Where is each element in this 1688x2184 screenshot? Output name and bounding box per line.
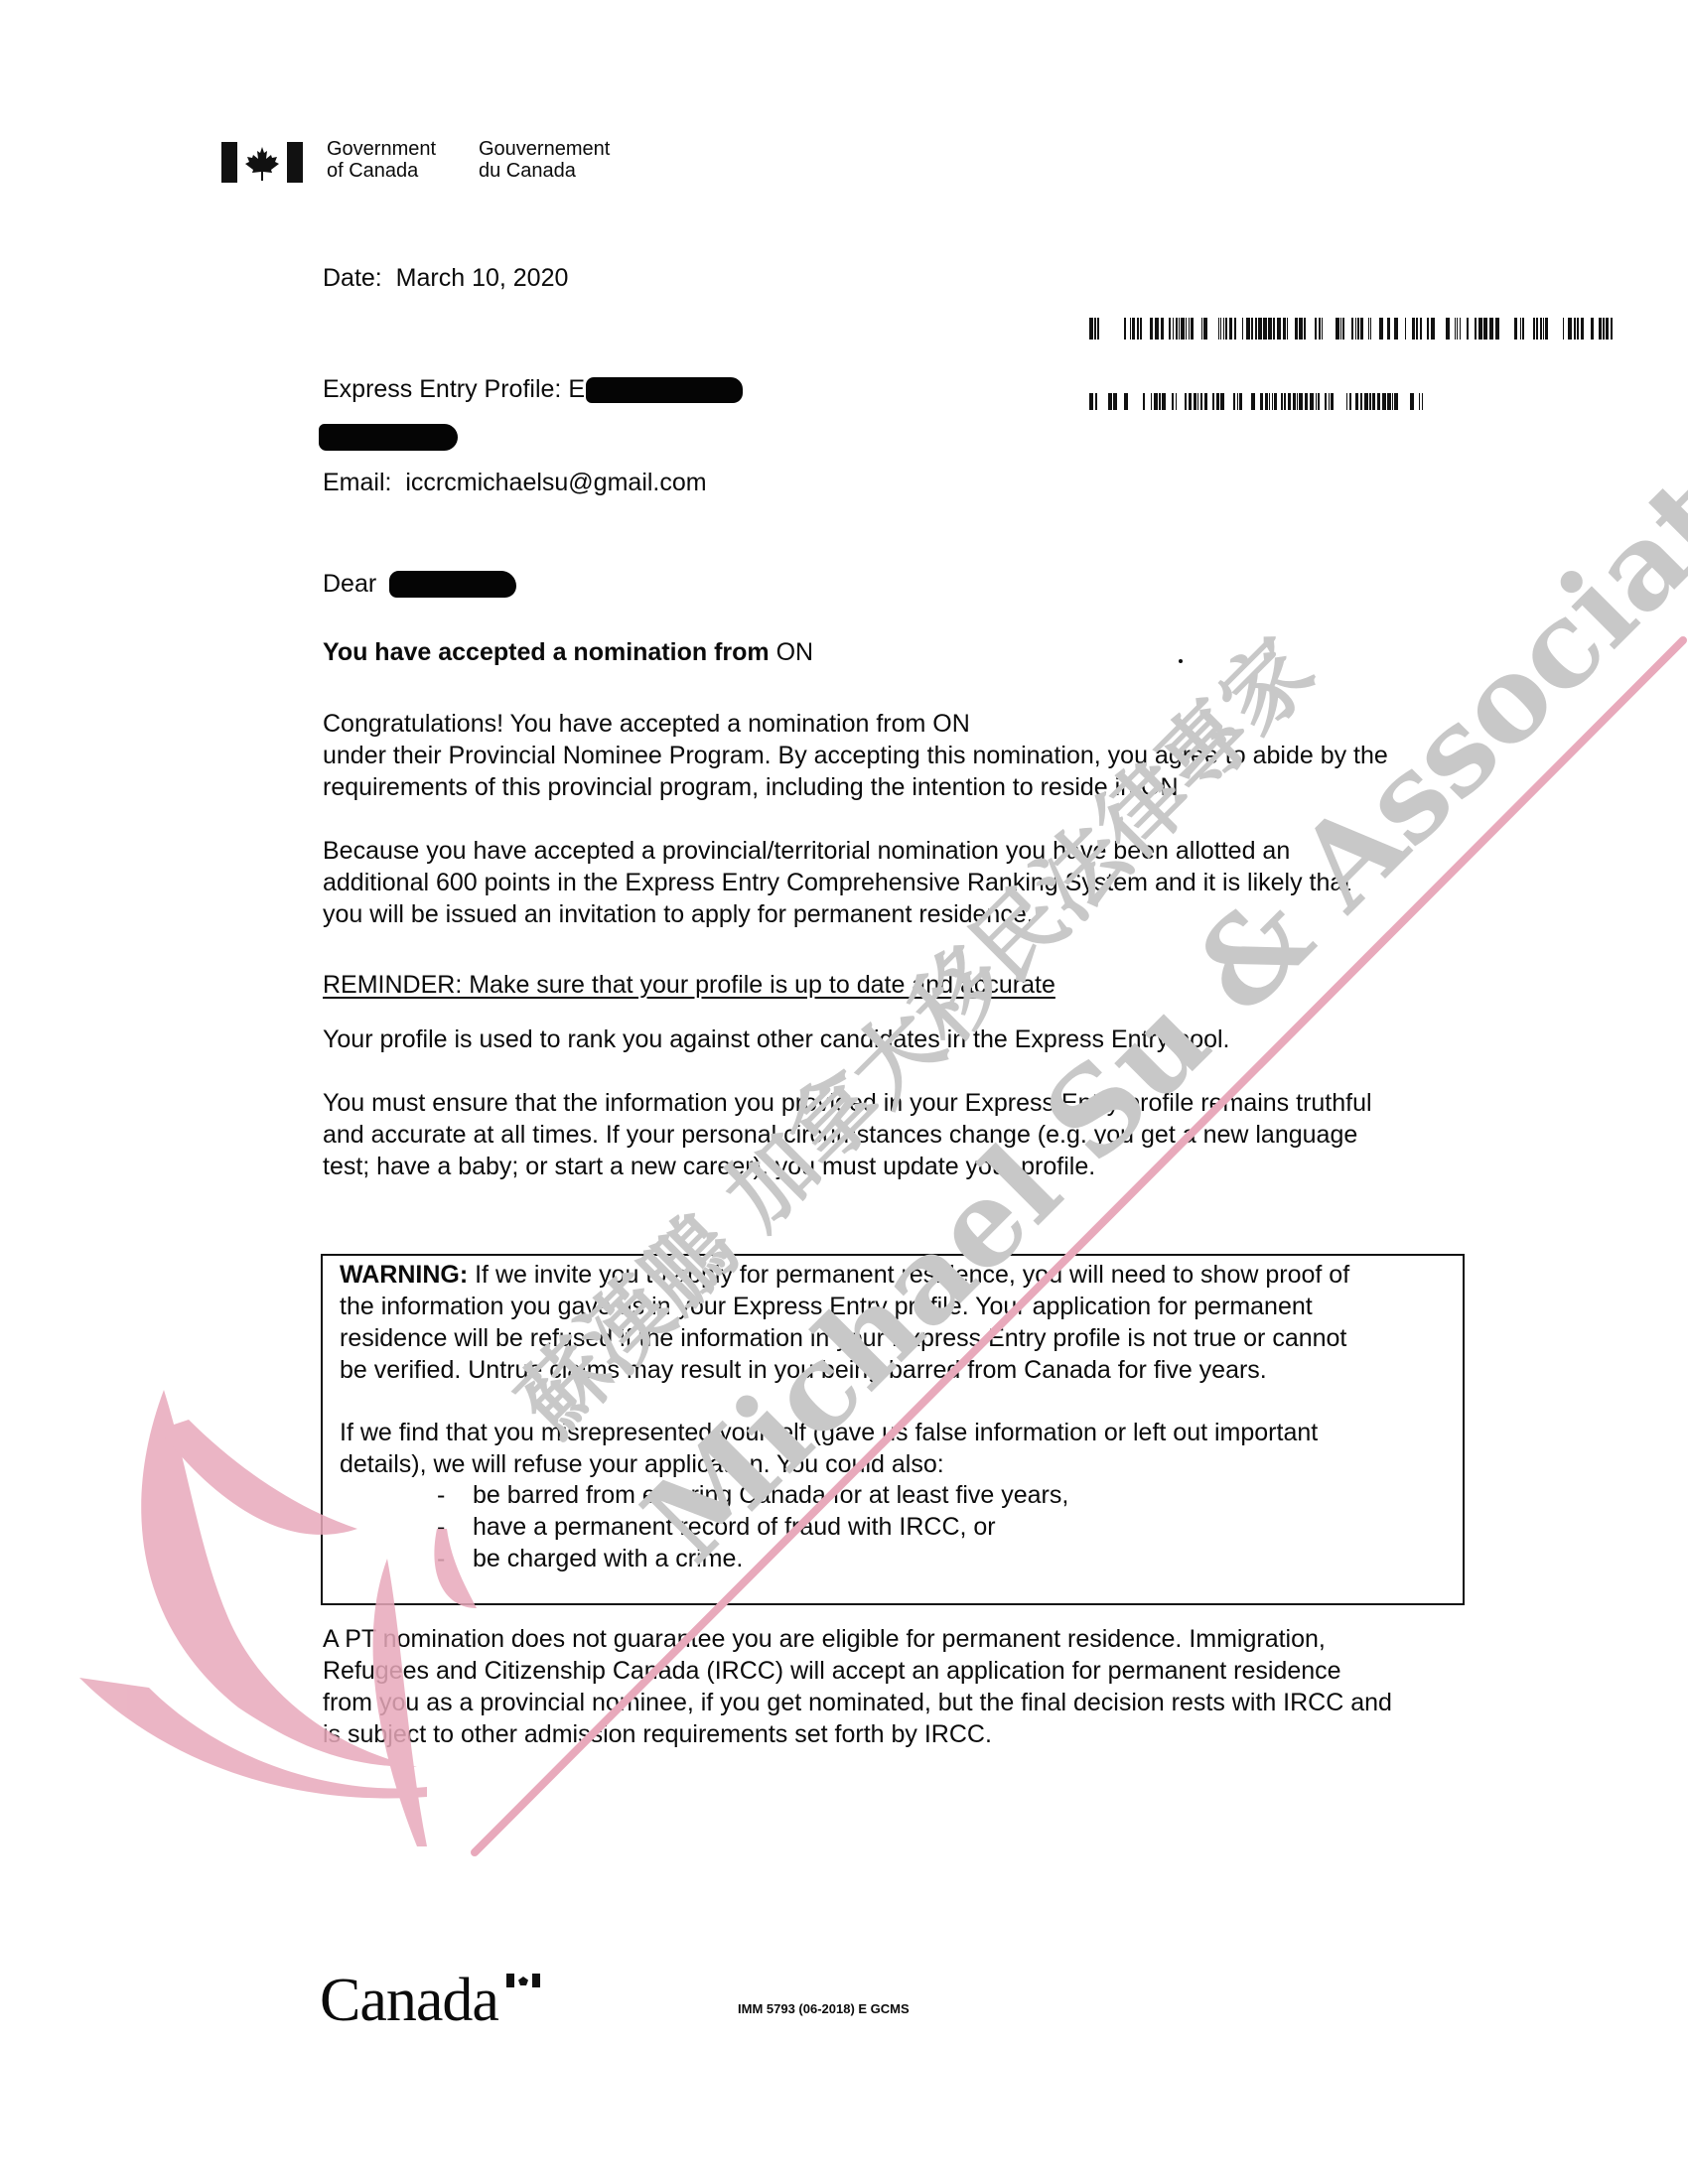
government-fr: Gouvernement du Canada [479, 138, 610, 182]
profile-line: Express Entry Profile: E [323, 373, 585, 405]
government-fr-line1: Gouvernement [479, 138, 610, 160]
warning-text: WARNING: If we invite you to apply for p… [340, 1259, 1349, 1386]
profile-label: Express Entry Profile: [323, 375, 561, 403]
warning-line: be verified. Untrue claims may result in… [340, 1354, 1349, 1386]
barcode-icon [1089, 318, 1617, 340]
date-line: Date: March 10, 2020 [323, 262, 568, 294]
bullet-dash: - [437, 1479, 473, 1511]
bullet-text: have a permanent record of fraud with IR… [473, 1513, 996, 1541]
paragraph-profile-rank: Your profile is used to rank you against… [323, 1024, 1230, 1055]
reminder-heading: REMINDER: Make sure that your profile is… [323, 969, 1055, 1001]
paragraph-congratulations: Congratulations! You have accepted a nom… [323, 708, 1388, 803]
government-en: Government of Canada [327, 138, 436, 182]
barcode-icon [1089, 393, 1423, 410]
paragraph-points: Because you have accepted a provincial/t… [323, 835, 1350, 930]
misrep-line: If we find that you misrepresented yours… [340, 1417, 1318, 1448]
para3-line: and accurate at all times. If your perso… [323, 1119, 1372, 1151]
para2-line: Because you have accepted a provincial/t… [323, 835, 1350, 867]
closing-line: Refugees and Citizenship Canada (IRCC) w… [323, 1655, 1392, 1687]
para1-line: under their Provincial Nominee Program. … [323, 740, 1388, 771]
closing-line: A PT nomination does not guarantee you a… [323, 1623, 1392, 1655]
bullet-dash: - [437, 1543, 473, 1574]
paragraph-closing: A PT nomination does not guarantee you a… [323, 1623, 1392, 1750]
misrep-line: details), we will refuse your applicatio… [340, 1448, 1318, 1480]
warning-line: the information you gave us in your Expr… [340, 1291, 1349, 1322]
bullet-text: be charged with a crime. [473, 1545, 743, 1572]
profile-number: E [568, 375, 585, 403]
para2-line: you will be issued an invitation to appl… [323, 898, 1350, 930]
list-item: -be charged with a crime. [437, 1543, 1068, 1574]
warning-line: If we invite you to apply for permanent … [468, 1261, 1349, 1289]
warning-line: residence will be refused if the informa… [340, 1322, 1349, 1354]
paragraph-accuracy: You must ensure that the information you… [323, 1087, 1372, 1182]
wordmark-text: Canada [320, 1967, 498, 2034]
para3-line: You must ensure that the information you… [323, 1087, 1372, 1119]
government-fr-line2: du Canada [479, 160, 610, 182]
heading-text: You have accepted a nomination from [323, 638, 770, 666]
para1-line: requirements of this provincial program,… [323, 771, 1388, 803]
salutation-label: Dear [323, 570, 376, 598]
maple-leaf-icon [243, 146, 281, 182]
email-label: Email: [323, 469, 391, 496]
date-label: Date: [323, 264, 382, 292]
bullet-text: be barred from entering Canada for at le… [473, 1481, 1068, 1509]
form-code: IMM 5793 (06-2018) E GCMS [738, 2001, 910, 2016]
redaction-profile-number [586, 377, 743, 403]
date-value: March 10, 2020 [396, 264, 569, 292]
closing-line: is subject to other admission requiremen… [323, 1718, 1392, 1750]
government-en-line2: of Canada [327, 160, 436, 182]
government-en-line1: Government [327, 138, 436, 160]
letter-heading: You have accepted a nomination from ON [323, 636, 813, 668]
list-item: -be barred from entering Canada for at l… [437, 1479, 1068, 1511]
redaction-recipient [389, 571, 516, 598]
bullet-dash: - [437, 1511, 473, 1543]
para1-line: Congratulations! You have accepted a nom… [323, 708, 1388, 740]
canada-wordmark: Canada [320, 1970, 498, 2031]
stray-dot [1179, 659, 1183, 663]
consequence-list: -be barred from entering Canada for at l… [437, 1479, 1068, 1574]
list-item: -have a permanent record of fraud with I… [437, 1511, 1068, 1543]
email-line: Email: iccrcmichaelsu@gmail.com [323, 467, 707, 498]
para2-line: additional 600 points in the Express Ent… [323, 867, 1350, 898]
heading-province: ON [776, 638, 814, 666]
canada-flag-icon [221, 142, 303, 183]
para3-line: test; have a baby; or start a new career… [323, 1151, 1372, 1182]
email-value: iccrcmichaelsu@gmail.com [405, 469, 706, 496]
misrepresentation-text: If we find that you misrepresented yours… [340, 1417, 1318, 1480]
warning-label: WARNING: [340, 1261, 468, 1289]
closing-line: from you as a provincial nominee, if you… [323, 1687, 1392, 1718]
redaction-name [319, 424, 458, 451]
wordmark-flag-icon [506, 1974, 542, 1987]
